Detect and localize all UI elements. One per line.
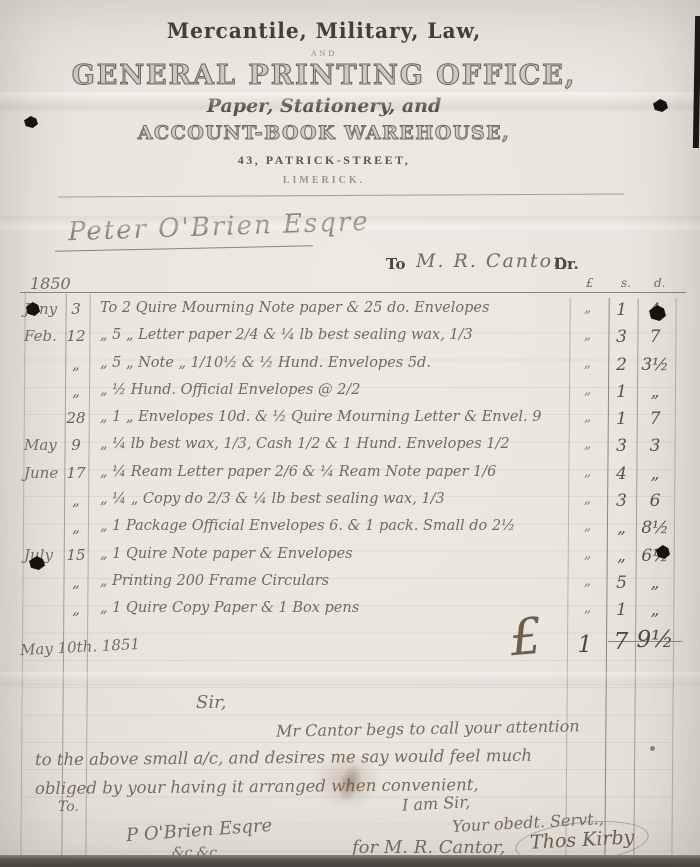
creditor-name: M. R. Cantor, bbox=[416, 250, 570, 272]
entry-pence: 7 bbox=[636, 409, 674, 429]
entry-pence: „ bbox=[636, 600, 674, 620]
entry-pounds: „ bbox=[568, 382, 607, 398]
entry-description: „ 1 „ Envelopes 10d. & ½ Quire Mourning … bbox=[100, 409, 565, 425]
entry-day: „ bbox=[63, 518, 89, 536]
table-top-rule bbox=[20, 292, 686, 293]
entry-shillings: „ bbox=[607, 518, 636, 538]
entry-pounds: „ bbox=[568, 600, 607, 616]
entry-day: 9 bbox=[63, 436, 89, 454]
entry-pence: 7 bbox=[636, 327, 674, 347]
to-label: To bbox=[386, 255, 405, 273]
entry-shillings: 1 bbox=[607, 600, 636, 620]
entry-description: „ 1 Quire Note paper & Envelopes bbox=[100, 546, 565, 562]
pence-header: d. bbox=[654, 276, 666, 290]
entry-description: „ ¼ „ Copy do 2/3 & ¼ lb best sealing wa… bbox=[100, 491, 565, 507]
table-row: May9„ ¼ lb best wax, 1/3, Cash 1/2 & 1 H… bbox=[0, 436, 700, 463]
table-row: July15„ 1 Quire Note paper & Envelopes„„… bbox=[0, 546, 700, 573]
table-row: „„ ¼ „ Copy do 2/3 & ¼ lb best sealing w… bbox=[0, 491, 700, 518]
pounds-header: £ bbox=[586, 276, 594, 290]
entry-pounds: „ bbox=[568, 573, 607, 589]
letter-salutation: Sir, bbox=[196, 692, 226, 713]
total-pence: 9½ bbox=[633, 627, 677, 653]
entry-shillings: 2 bbox=[607, 355, 636, 375]
entry-pounds: „ bbox=[568, 546, 607, 562]
total-shillings: 7 bbox=[606, 629, 636, 655]
entry-description: To 2 Quire Mourning Note paper & 25 do. … bbox=[100, 300, 565, 316]
entry-description: „ ¼ lb best wax, 1/3, Cash 1/2 & 1 Hund.… bbox=[100, 436, 565, 452]
entry-description: „ 5 „ Note „ 1/10½ & ½ Hund. Envelopes 5… bbox=[100, 355, 565, 371]
entry-pence: 8½ bbox=[636, 518, 674, 538]
entry-day: 3 bbox=[63, 300, 89, 318]
entry-description: „ ¼ Ream Letter paper 2/6 & ¼ Ream Note … bbox=[100, 464, 565, 480]
masthead-business-name: GENERAL PRINTING OFFICE, bbox=[0, 60, 648, 91]
total-pounds: 1 bbox=[570, 632, 600, 658]
entry-pence: „ bbox=[636, 382, 674, 402]
entry-shillings: 3 bbox=[607, 491, 636, 511]
table-row: Feb.12„ 5 „ Letter paper 2/4 & ¼ lb best… bbox=[0, 327, 700, 354]
entry-pounds: „ bbox=[568, 518, 607, 534]
letter-closing-1: I am Sir, bbox=[402, 792, 471, 815]
entry-day: „ bbox=[63, 600, 89, 618]
entry-shillings: 3 bbox=[607, 436, 636, 456]
entry-month: Feb. bbox=[24, 327, 64, 345]
table-row: „„ ½ Hund. Official Envelopes @ 2/2„1„ bbox=[0, 382, 700, 409]
entry-pounds: „ bbox=[568, 327, 607, 343]
entry-day: 28 bbox=[63, 409, 89, 427]
entry-month: June bbox=[24, 464, 64, 482]
entry-pence: 6 bbox=[636, 491, 674, 511]
table-row: Jany3To 2 Quire Mourning Note paper & 25… bbox=[0, 300, 700, 327]
entry-month: May bbox=[24, 436, 64, 454]
entry-day: 17 bbox=[63, 464, 89, 482]
entry-day: 15 bbox=[63, 546, 89, 564]
entry-description: „ Printing 200 Frame Circulars bbox=[100, 573, 565, 589]
entry-day: „ bbox=[63, 573, 89, 591]
entry-pounds: „ bbox=[568, 436, 607, 452]
entry-description: „ 5 „ Letter paper 2/4 & ¼ lb best seali… bbox=[100, 327, 565, 343]
table-row: June17„ ¼ Ream Letter paper 2/6 & ¼ Ream… bbox=[0, 464, 700, 491]
masthead-goods-line: Paper, Stationery, and bbox=[0, 95, 648, 117]
table-row: „„ 1 Quire Copy Paper & 1 Box pens„1„ bbox=[0, 600, 700, 627]
invoice-document: Mercantile, Military, Law, AND GENERAL P… bbox=[0, 0, 700, 867]
table-row: „„ Printing 200 Frame Circulars„5„ bbox=[0, 573, 700, 600]
entry-pence: „ bbox=[636, 573, 674, 593]
account-year: 1850 bbox=[30, 274, 71, 293]
masthead-services-line: Mercantile, Military, Law, bbox=[13, 18, 635, 43]
entry-shillings: „ bbox=[607, 546, 636, 566]
entry-day: „ bbox=[63, 382, 89, 400]
entry-day: „ bbox=[63, 355, 89, 373]
table-row: „„ 5 „ Note „ 1/10½ & ½ Hund. Envelopes … bbox=[0, 355, 700, 382]
masthead-street-address: 43, PATRICK-STREET, bbox=[0, 153, 648, 168]
entry-description: „ 1 Package Official Envelopes 6. & 1 pa… bbox=[100, 518, 565, 534]
shillings-header: s. bbox=[621, 276, 631, 290]
entry-pounds: „ bbox=[568, 464, 607, 480]
debtor-label: Dr. bbox=[554, 255, 579, 273]
entry-pounds: „ bbox=[568, 491, 607, 507]
masthead-warehouse-line: ACCOUNT-BOOK WAREHOUSE, bbox=[0, 122, 648, 144]
masthead-and: AND bbox=[0, 49, 648, 58]
entry-day: 12 bbox=[63, 327, 89, 345]
entry-description: „ 1 Quire Copy Paper & 1 Box pens bbox=[100, 600, 565, 616]
masthead-city: LIMERICK. bbox=[0, 175, 648, 186]
entry-shillings: 3 bbox=[607, 327, 636, 347]
scan-edge-artifact bbox=[693, 16, 700, 148]
masthead: Mercantile, Military, Law, AND GENERAL P… bbox=[0, 0, 648, 186]
scan-bottom-edge bbox=[0, 855, 700, 867]
entry-shillings: 1 bbox=[607, 300, 636, 320]
entry-day: „ bbox=[63, 491, 89, 509]
ink-speck bbox=[650, 746, 655, 751]
entry-pounds: „ bbox=[568, 409, 607, 425]
entry-shillings: 5 bbox=[607, 573, 636, 593]
entry-pounds: „ bbox=[568, 355, 607, 371]
table-row: „„ 1 Package Official Envelopes 6. & 1 p… bbox=[0, 518, 700, 545]
entry-shillings: 1 bbox=[607, 382, 636, 402]
pound-sign: £ bbox=[508, 607, 545, 668]
entry-pence: „ bbox=[636, 464, 674, 484]
table-row: 28„ 1 „ Envelopes 10d. & ½ Quire Mournin… bbox=[0, 409, 700, 436]
entry-pence: 3½ bbox=[636, 355, 674, 375]
entry-shillings: 4 bbox=[607, 464, 636, 484]
entry-pence: 3 bbox=[636, 436, 674, 456]
entry-pounds: „ bbox=[568, 300, 607, 316]
footer-to-label: To. bbox=[58, 799, 79, 815]
entry-description: „ ½ Hund. Official Envelopes @ 2/2 bbox=[100, 382, 565, 398]
entry-shillings: 1 bbox=[607, 409, 636, 429]
ledger-rows: Jany3To 2 Quire Mourning Note paper & 25… bbox=[0, 300, 700, 628]
